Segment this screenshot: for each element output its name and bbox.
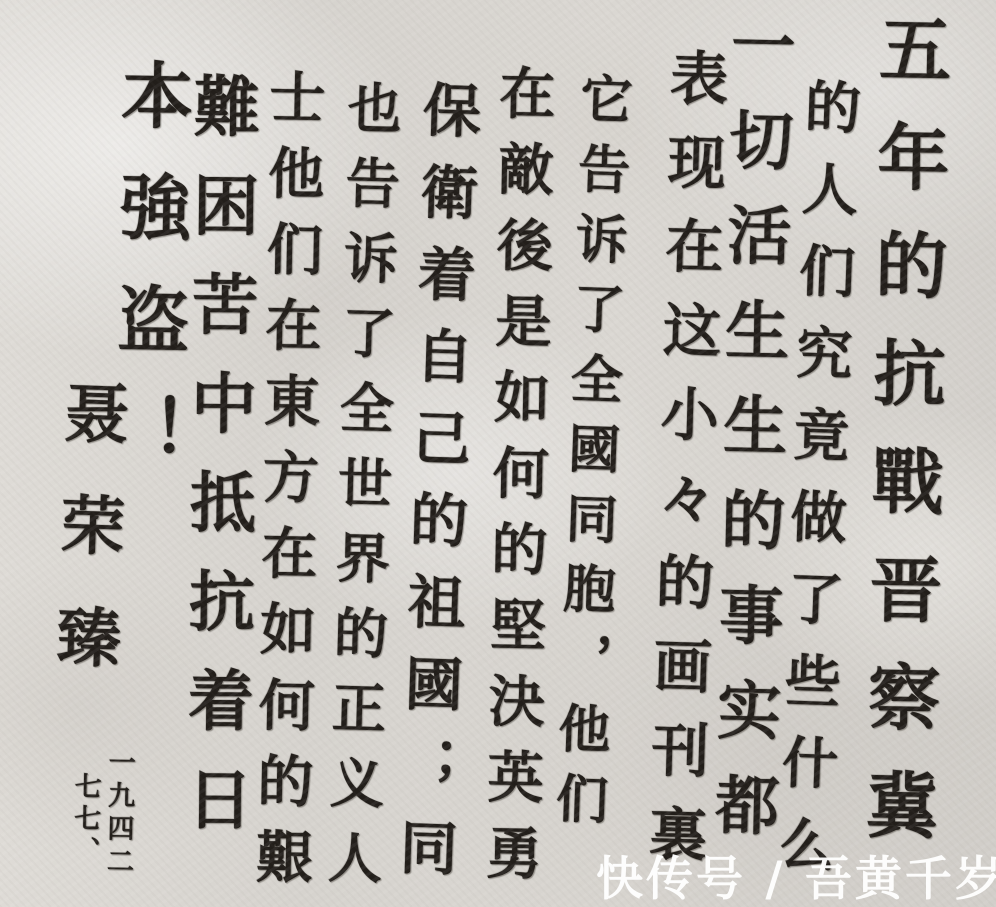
calligraphy-column-9: 士他们在東方在如何的艱 [251,68,322,905]
date-year: 一九四二 [104,748,133,880]
date-day: 七七、 [70,772,99,868]
calligraphy-column-5: 它告诉了全國同胞，他们 [549,71,628,842]
calligraphy-column-1: 五年的抗戰晋察冀 [859,11,946,876]
watermark-text: 快传号 / 吾黄千岁 [596,852,996,907]
calligraphy-column-7: 保衛着自己的祖國；同 [393,79,477,900]
calligraphy-column-8: 也告诉了全世界的正义人 [323,79,399,905]
calligraphy-manuscript-photo: 五年的抗戰晋察冀 的人们究竟做了些什么 一切活生生的事实都 表现在这小々的画刊裏… [0,0,996,907]
signature: 聂荣臻 [48,379,124,717]
calligraphy-column-6: 在敵後是如何的堅決英勇 [481,64,552,901]
